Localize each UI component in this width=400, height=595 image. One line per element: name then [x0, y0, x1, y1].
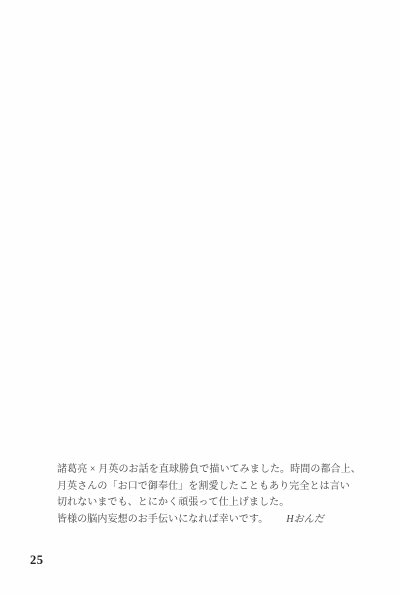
afterword-text-block: 諸葛亮 × 月英のお話を直球勝負で描いてみました。時間の都合上、 月英さんの「お…	[57, 462, 367, 528]
afterword-line-4: 皆様の脳内妄想のお手伝いになれば幸いです。Hおんだ	[57, 512, 367, 529]
scanned-page: 諸葛亮 × 月英のお話を直球勝負で描いてみました。時間の都合上、 月英さんの「お…	[0, 0, 400, 595]
afterword-line-1: 諸葛亮 × 月英のお話を直球勝負で描いてみました。時間の都合上、	[57, 462, 367, 479]
page-number: 25	[30, 553, 44, 568]
afterword-line-4-text: 皆様の脳内妄想のお手伝いになれば幸いです。	[57, 514, 268, 525]
afterword-line-3: 切れないまでも、とにかく頑張って仕上げました。	[57, 495, 367, 512]
author-signature: Hおんだ	[286, 512, 324, 529]
afterword-line-2: 月英さんの「お口で御奉仕」を割愛したこともあり完全とは言い	[57, 479, 367, 496]
